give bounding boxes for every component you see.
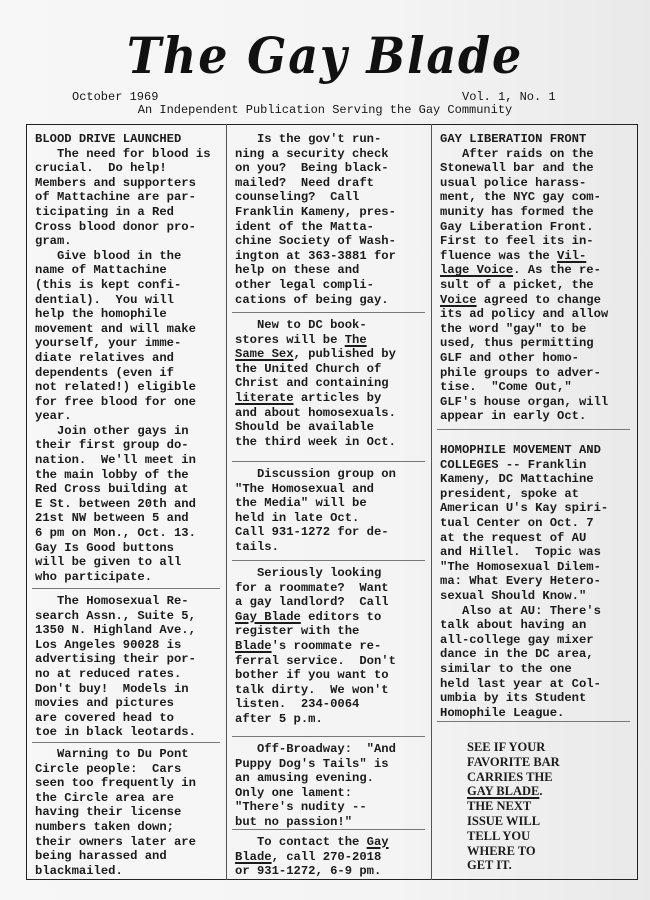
article-du-pont-warning: Warning to Du Pont Circle people: Cars s…	[28, 747, 226, 878]
divider	[232, 312, 425, 313]
divider	[232, 829, 425, 830]
article-contact: To contact the Gay Blade, call 270-2018 …	[228, 835, 431, 879]
divider	[437, 721, 630, 722]
column-1: BLOOD DRIVE LAUNCHED The need for blood …	[28, 124, 227, 880]
divider	[32, 588, 220, 589]
article-security-check: Is the gov't run- ning a security check …	[228, 132, 431, 307]
divider	[232, 461, 425, 462]
article-gay-liberation-front: GAY LIBERATION FRONT After raids on the …	[433, 132, 636, 424]
issue-date: October 1969	[72, 90, 158, 104]
article-research-assn: The Homosexual Re- search Assn., Suite 5…	[28, 594, 226, 740]
article-roommate-service: Seriously looking for a roommate? Want a…	[228, 566, 431, 727]
bar-promo-notice: SEE IF YOUR FAVORITE BAR CARRIES THE GAY…	[433, 740, 636, 873]
article-same-sex-book: New to DC book- stores will be The Same …	[228, 318, 431, 449]
divider	[437, 429, 630, 430]
column-3: GAY LIBERATION FRONT After raids on the …	[433, 124, 636, 880]
masthead-title: The Gay Blade	[26, 28, 624, 84]
divider	[232, 560, 425, 561]
article-off-broadway: Off-Broadway: "And Puppy Dog's Tails" is…	[228, 742, 431, 830]
article-discussion-group: Discussion group on "The Homosexual and …	[228, 467, 431, 555]
masthead-subtitle: An Independent Publication Serving the G…	[0, 103, 650, 117]
article-blood-drive: BLOOD DRIVE LAUNCHED The need for blood …	[28, 132, 226, 584]
divider	[32, 742, 220, 743]
issue-volume: Vol. 1, No. 1	[462, 90, 556, 104]
newsletter-page: The Gay Blade October 1969 Vol. 1, No. 1…	[0, 0, 650, 900]
article-homophile-colleges: HOMOPHILE MOVEMENT AND COLLEGES -- Frank…	[433, 443, 636, 720]
divider	[232, 736, 425, 737]
column-2: Is the gov't run- ning a security check …	[228, 124, 432, 880]
